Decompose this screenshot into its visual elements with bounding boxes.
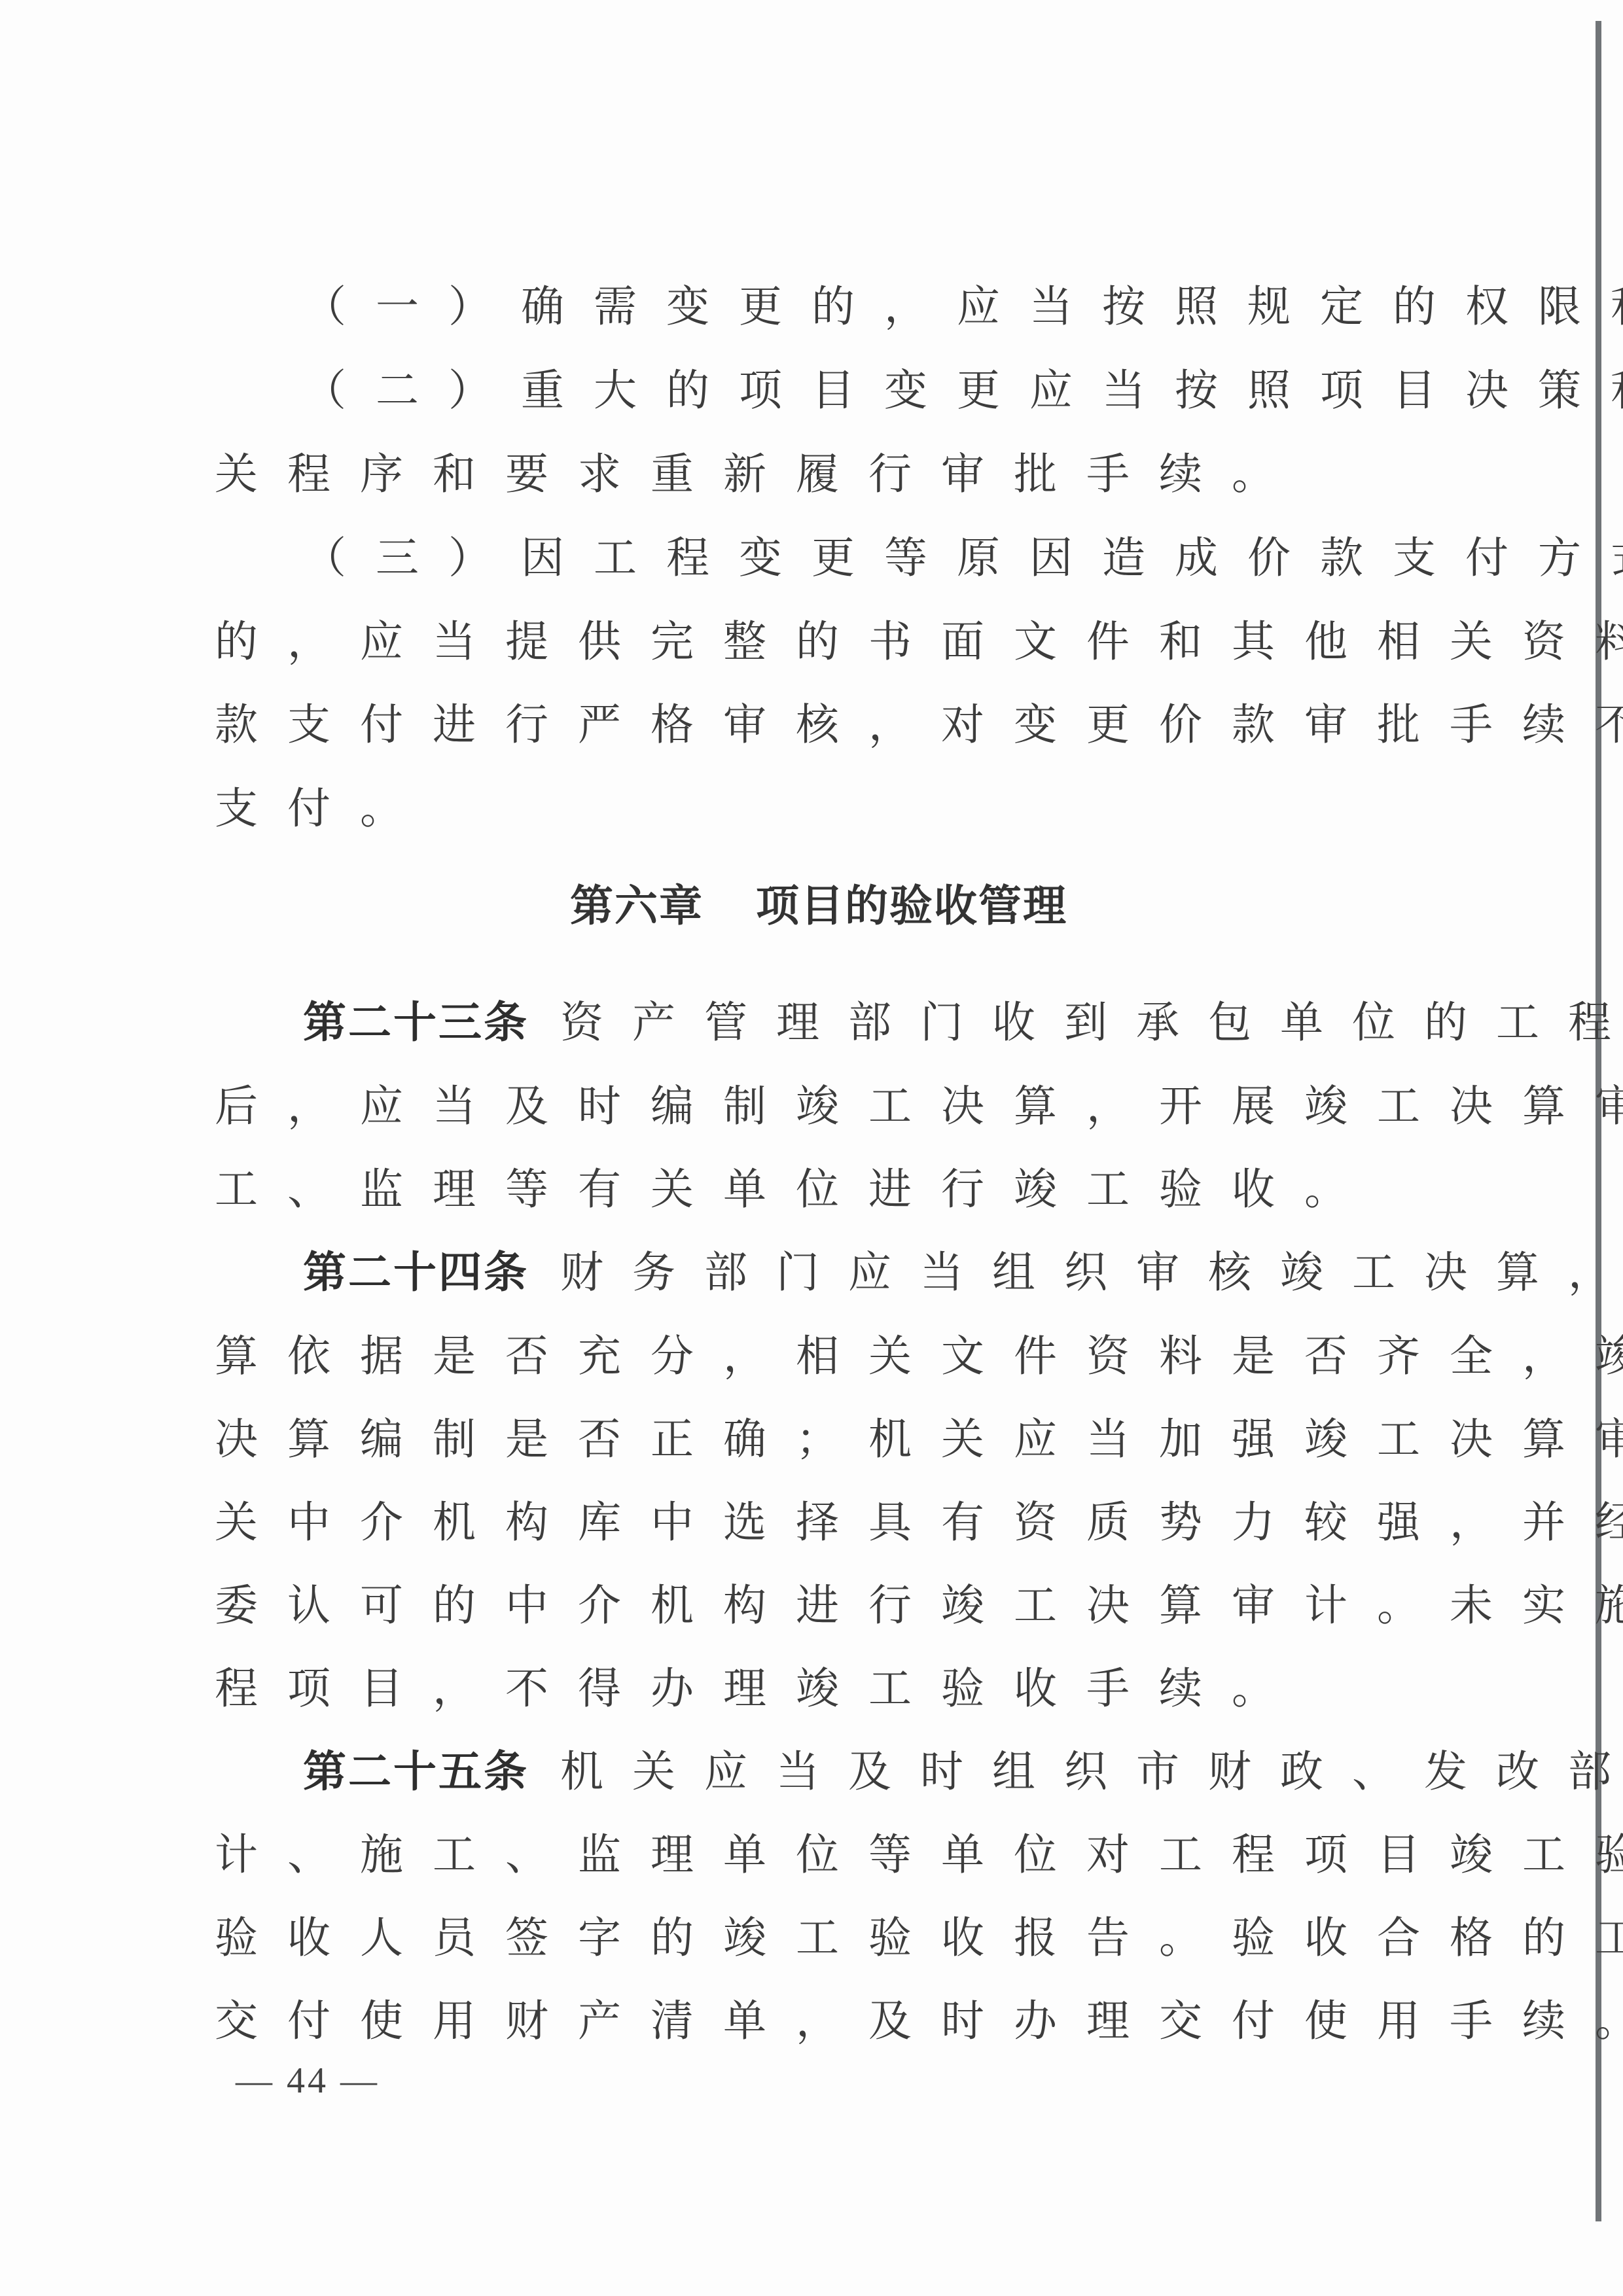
article-24-line-5: 委认可的中介机构进行竣工决算审计。未实施竣工决算审计的工: [215, 1576, 1423, 1635]
article-25-line-4: 交付使用财产清单，及时办理交付使用手续。: [215, 1992, 1423, 2051]
clause-2-line-1: （二）重大的项目变更应当按照项目决策和概预算控制的有: [303, 361, 1423, 420]
article-25-first-line: 机关应当及时组织市财政、发改部门、工程设: [560, 1746, 1623, 1797]
article-24-line-2: 算依据是否充分，相关文件资料是否齐全，竣工清理是否完成，: [215, 1327, 1423, 1386]
article-24-first-line: 财务部门应当组织审核竣工决算，重点审查决: [560, 1247, 1623, 1298]
article-25-line-1: 第二十五条机关应当及时组织市财政、发改部门、工程设: [303, 1742, 1423, 1801]
chapter-number: 第六章: [570, 881, 704, 931]
article-24-line-6: 程项目，不得办理竣工验收手续。: [215, 1659, 1423, 1718]
clause-3-line-3: 款支付进行严格审核，对变更价款审批手续不全的工程支出不予: [215, 696, 1423, 754]
clause-3-line-2: 的，应当提供完整的书面文件和其他相关资料，并对工程变更价: [215, 612, 1423, 671]
article-25-line-3: 验收人员签字的竣工验收报告。验收合格的工程项目，应当编制: [215, 1909, 1423, 1968]
article-23-label: 第二十三条: [303, 997, 529, 1048]
article-23-line-1: 第二十三条资产管理部门收到承包单位的工程竣工报告: [303, 993, 1423, 1052]
article-23-first-line: 资产管理部门收到承包单位的工程竣工报告: [560, 997, 1623, 1048]
clause-1-line-1: （一）确需变更的，应当按照规定的权限和程序进行审批。: [303, 277, 1423, 336]
article-23-line-3: 工、监理等有关单位进行竣工验收。: [215, 1160, 1423, 1219]
article-24-line-1: 第二十四条财务部门应当组织审核竣工决算，重点审查决: [303, 1243, 1423, 1302]
clause-3-line-1: （三）因工程变更等原因造成价款支付方式及金额发生变动: [303, 529, 1423, 588]
clause-2-line-2: 关程序和要求重新履行审批手续。: [215, 445, 1423, 504]
chapter-title: 项目的验收管理: [756, 881, 1067, 931]
clause-3-line-4: 支付。: [215, 779, 1423, 838]
article-23-line-2: 后，应当及时编制竣工决算，开展竣工决算审计，组织设计、施: [215, 1077, 1423, 1136]
article-25-line-2: 计、施工、监理单位等单位对工程项目竣工验收，并出具经参与: [215, 1826, 1423, 1884]
article-24-label: 第二十四条: [303, 1247, 529, 1298]
article-24-line-3: 决算编制是否正确；机关应当加强竣工决算审计，应从武汉市有: [215, 1410, 1423, 1469]
article-25-label: 第二十五条: [303, 1746, 529, 1797]
article-24-line-4: 关中介机构库中选择具有资质势力较强，并经市财政部门或发改: [215, 1493, 1423, 1552]
chapter-heading: 第六章项目的验收管理: [215, 877, 1423, 936]
page-number: — 44 —: [236, 2061, 380, 2100]
